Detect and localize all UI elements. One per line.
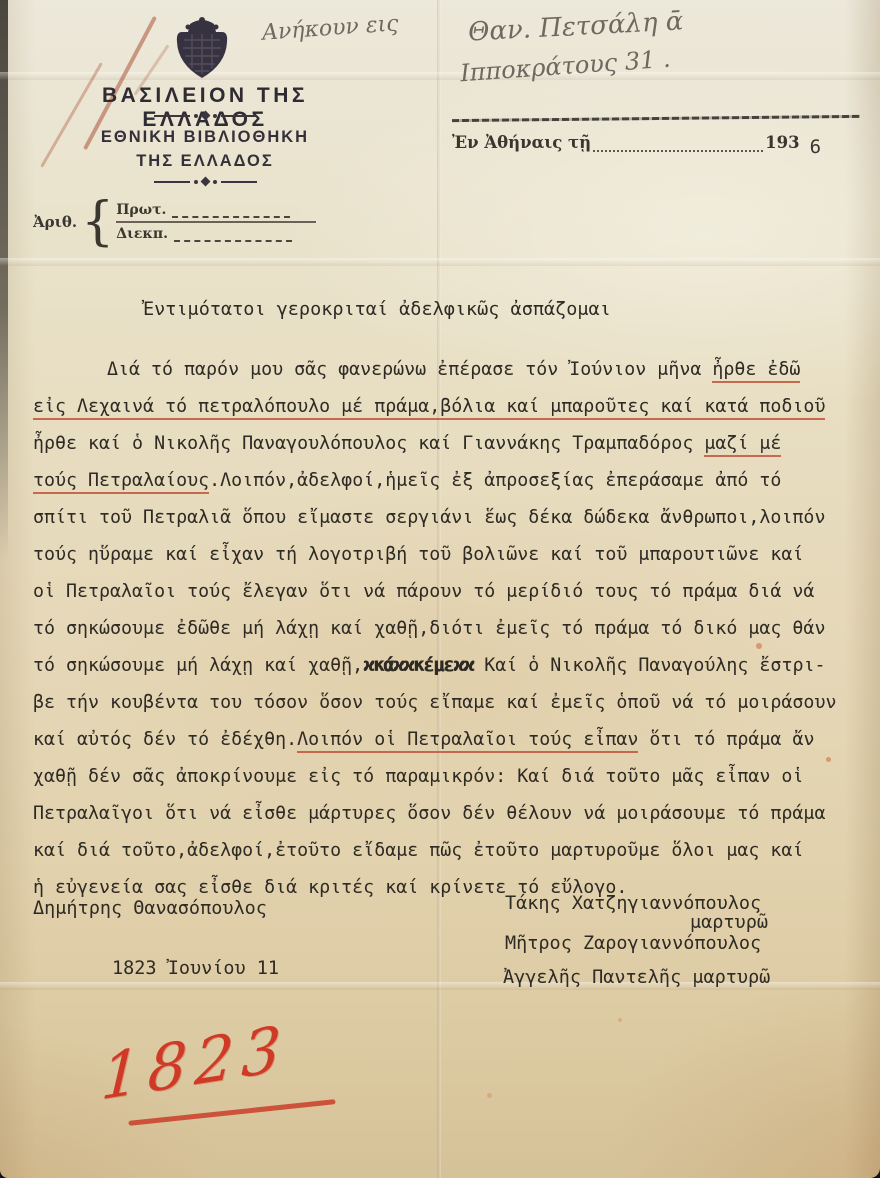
body-text: βε τήν κουβέντα του τόσον ὅσον τούς εἴπα… [33, 692, 836, 713]
dateline: Ἐν Ἀθήναις τῇ 193 6 [452, 130, 821, 152]
salutation: Ἐντιμότατοι γεροκριταί ἀδελφικῶς ἀσπάζομ… [143, 299, 611, 320]
handwritten-address: Ιπποκράτους 31 . [459, 45, 671, 88]
body-line: Πετραλαῖγοι ὅτι νά εἶσθε μάρτυρες ὅσον δ… [33, 795, 873, 832]
letter-date: 1823 Ἰουνίου 11 [112, 958, 279, 979]
kingdom-title: ΒΑΣΙΛΕΙΟΝ ΤΗΣ ΕΛΛΑΔΟΣ [40, 84, 370, 132]
red-underlined-text: τούς Πετραλαίους [33, 470, 209, 494]
printed-rule [452, 115, 860, 122]
signature-right-block: Τάκης Χατζηγιαννόπουλος μαρτυρῶ Μῆτρος Ζ… [505, 893, 768, 954]
year-printed: 193 [765, 133, 799, 152]
body-text: ἦρθε καί ὁ Νικολῆς Παναγουλόπουλος καί Γ… [33, 433, 704, 454]
dispatch-blank-line [174, 230, 292, 242]
protocol-number-block: Ἀριθ. { Πρωτ. Διεκπ. [33, 198, 316, 246]
red-year-annotation: 1823 [99, 1010, 290, 1114]
year-handwritten: 6 [810, 136, 821, 158]
body-line: εἰς Λεχαινά τό πετραλόπουλο μέ πράμα,βόλ… [33, 388, 873, 425]
date-blank-line [593, 138, 763, 152]
body-text: .Λοιπόν,ἀδελφοί,ἡμεῖς ἐξ ἀπροσεξίας ἐπερ… [209, 470, 781, 491]
witness-label: μαρτυρῶ [690, 912, 768, 933]
dispatch-row: Διεκπ. [116, 226, 316, 242]
body-text: καί αὐτός δέν τό ἐδέχθη. [33, 729, 297, 750]
fold-crease-top [0, 72, 880, 80]
protocol-blank-line [172, 206, 290, 218]
dateline-printed-text: Ἐν Ἀθήναις τῇ [452, 133, 591, 152]
library-name-line1: ΕΘΝΙΚΗ ΒΙΒΛΙΟΘΗΚΗ [40, 128, 370, 147]
body-line: οἱ Πετραλαῖοι τούς ἔλεγαν ὅτι νά πάρουν … [33, 573, 873, 610]
body-line: ἦρθε καί ὁ Νικολῆς Παναγουλόπουλος καί Γ… [33, 425, 873, 462]
body-line: τούς ηὕραμε καί εἶχαν τή λογοτριβή τοῦ β… [33, 536, 873, 573]
body-line: χαθῇ δέν σᾶς ἀποκρίνουμε εἰς τό παραμικρ… [33, 758, 873, 795]
body-line: καί διά τοῦτο,ἀδελφοί,ἐτοῦτο εἴδαμε πῶς … [33, 832, 873, 869]
row-separator [116, 221, 316, 223]
dispatch-label: Διεκπ. [116, 226, 168, 242]
letter-scan: ΒΑΣΙΛΕΙΟΝ ΤΗΣ ΕΛΛΑΔΟΣ ΕΘΝΙΚΗ ΒΙΒΛΙΟΘΗΚΗ … [0, 0, 880, 1178]
red-underlined-text: ἦρθε ἐδῶ [712, 359, 800, 383]
body-line: καί αὐτός δέν τό ἐδέχθη.Λοιπόν οἱ Πετραλ… [33, 721, 873, 758]
library-name-line2: ΤΗΣ ΕΛΛΑΔΟΣ [40, 152, 370, 171]
divider-ornament [140, 178, 270, 185]
body-text: καί διά τοῦτο,ἀδελφοί,ἐτοῦτο εἴδαμε πῶς … [33, 840, 803, 861]
body-text: Καί ὁ Νικολῆς Παναγούλης ἔστρι- [473, 655, 825, 676]
red-underlined-text: εἰς Λεχαινά τό πετραλόπουλο μέ πράμα,βόλ… [33, 396, 825, 420]
protocol-label: Πρωτ. [116, 202, 166, 218]
body-text: Πετραλαῖγοι ὅτι νά εἶσθε μάρτυρες ὅσον δ… [33, 803, 825, 824]
red-underlined-text: Λοιπόν οἱ Πετραλαῖοι τούς εἶπαν [297, 729, 638, 753]
body-line: τό σηκώσουμε ἐδῶθε μή λάχῃ καί χαθῇ,διότ… [33, 610, 873, 647]
ink-speck [487, 1093, 492, 1098]
royal-coat-of-arms-icon [170, 14, 234, 94]
protocol-row: Πρωτ. [116, 202, 316, 218]
overstruck-text: ϰκάϰϰκέμεϰϰ [363, 655, 473, 676]
handwritten-note-left: Ανήκουν εις [261, 11, 399, 45]
number-label: Ἀριθ. [33, 213, 77, 231]
body-text: τό σηκώσουμε ἐδῶθε μή λάχῃ καί χαθῇ,διότ… [33, 618, 825, 639]
body-text: τούς ηὕραμε καί εἶχαν τή λογοτριβή τοῦ β… [33, 544, 803, 565]
signature-right-name3: Ἀγγελῆς Παντελῆς μαρτυρῶ [503, 967, 770, 988]
body-text: τό σηκώσουμε μή λάχῃ καί χαθῇ, [33, 655, 363, 676]
divider-ornament [140, 112, 270, 119]
red-underlined-text: μαζί μέ [704, 433, 781, 457]
fold-crease-middle [0, 258, 880, 266]
body-line: σπίτι τοῦ Πετραλιᾶ ὅπου εἴμαστε σεργιάνι… [33, 499, 873, 536]
body-lines: Διά τό παρόν μου σᾶς φανερώνω ἐπέρασε τό… [33, 351, 873, 906]
brace-glyph: { [81, 198, 114, 246]
body-line: βε τήν κουβέντα του τόσον ὅσον τούς εἴπα… [33, 684, 873, 721]
ink-speck [618, 1018, 622, 1022]
signature-right-name2: Μῆτρος Ζαρογιαννόπουλος [505, 933, 768, 954]
scan-left-edge [0, 0, 8, 560]
body-text: ὅτι τό πράμα ἄν [638, 729, 814, 750]
signature-left-name: Δημήτρης Θανασόπουλος [33, 898, 267, 919]
body-text: οἱ Πετραλαῖοι τούς ἔλεγαν ὅτι νά πάρουν … [33, 581, 814, 602]
body-line: τούς Πετραλαίους.Λοιπόν,ἀδελφοί,ἡμεῖς ἐξ… [33, 462, 873, 499]
body-line: τό σηκώσουμε μή λάχῃ καί χαθῇ,ϰκάϰϰκέμεϰ… [33, 647, 873, 684]
body-text: Διά τό παρόν μου σᾶς φανερώνω ἐπέρασε τό… [107, 359, 712, 380]
signature-right-name1: Τάκης Χατζηγιαννόπουλος [505, 893, 768, 914]
body-line: Διά τό παρόν μου σᾶς φανερώνω ἐπέρασε τό… [33, 351, 873, 388]
body-text: χαθῇ δέν σᾶς ἀποκρίνουμε εἰς τό παραμικρ… [33, 766, 803, 787]
handwritten-name: Θαν. Πετσάλη ᾱ [467, 6, 684, 47]
body-text: σπίτι τοῦ Πετραλιᾶ ὅπου εἴμαστε σεργιάνι… [33, 507, 825, 528]
